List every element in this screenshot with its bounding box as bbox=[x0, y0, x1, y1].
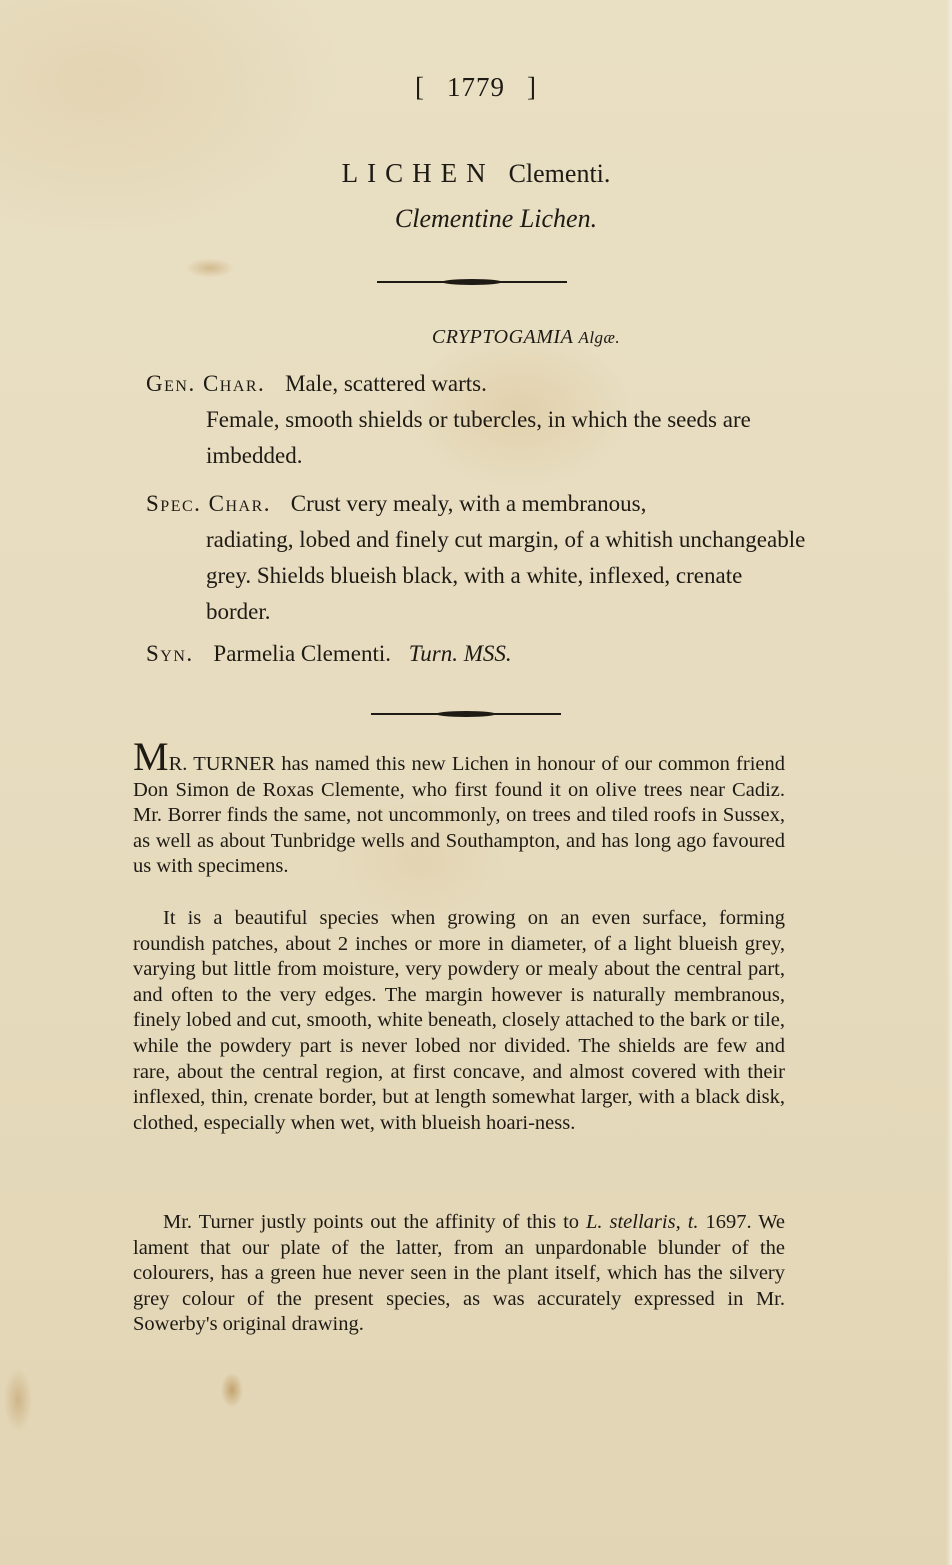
syn-authority: Turn. MSS. bbox=[409, 641, 512, 666]
species-epithet: Clementi. bbox=[509, 159, 611, 188]
class-name: CRYPTOGAMIA bbox=[432, 326, 573, 348]
paragraph-1: MR. TURNER has named this new Lichen in … bbox=[133, 742, 785, 880]
gen-char-label: Gen. Char. bbox=[146, 371, 265, 396]
gen-char-line1: Male, scattered warts. bbox=[285, 371, 487, 396]
plate-number: [1779] bbox=[0, 72, 952, 103]
genus-name: LICHEN bbox=[342, 158, 495, 188]
spec-char-label: Spec. Char. bbox=[146, 491, 271, 516]
order-name: Algæ. bbox=[578, 328, 620, 347]
generic-character: Gen. Char. Male, scattered warts. Female… bbox=[146, 366, 806, 474]
ornamental-rule-bottom bbox=[371, 713, 561, 715]
spec-char-line2: radiating, lobed and finely cut margin, … bbox=[146, 522, 806, 630]
spec-char-line1: Crust very mealy, with a membranous, bbox=[291, 491, 647, 516]
page-edge bbox=[946, 0, 952, 1565]
common-name: Clementine Lichen. bbox=[20, 204, 952, 234]
classification: CRYPTOGAMIA Algæ. bbox=[50, 326, 952, 349]
p3-ref-plate: t. bbox=[688, 1211, 699, 1233]
p2-text: It is a beautiful species when growing o… bbox=[133, 907, 785, 1134]
paragraph-3: Mr. Turner justly points out the affinit… bbox=[133, 1210, 785, 1338]
synonym: Syn. Parmelia Clementi. Turn. MSS. bbox=[146, 636, 806, 672]
species-title: LICHENClementi. bbox=[0, 158, 952, 189]
ornamental-rule-top bbox=[377, 281, 567, 283]
p3-ref-species: L. stellaris, bbox=[586, 1211, 681, 1233]
gen-char-line2: Female, smooth shields or tubercles, in … bbox=[146, 402, 806, 474]
specific-character: Spec. Char. Crust very mealy, with a mem… bbox=[146, 486, 806, 630]
syn-name: Parmelia Clementi. bbox=[213, 641, 391, 666]
paragraph-2: It is a beautiful species when growing o… bbox=[133, 906, 785, 1136]
syn-label: Syn. bbox=[146, 641, 194, 666]
drop-cap: M bbox=[133, 734, 169, 779]
plate-number-value: 1779 bbox=[447, 72, 505, 102]
p1-lead: R. TURNER bbox=[169, 753, 276, 775]
p3-text-a: Mr. Turner justly points out the affinit… bbox=[163, 1211, 586, 1233]
